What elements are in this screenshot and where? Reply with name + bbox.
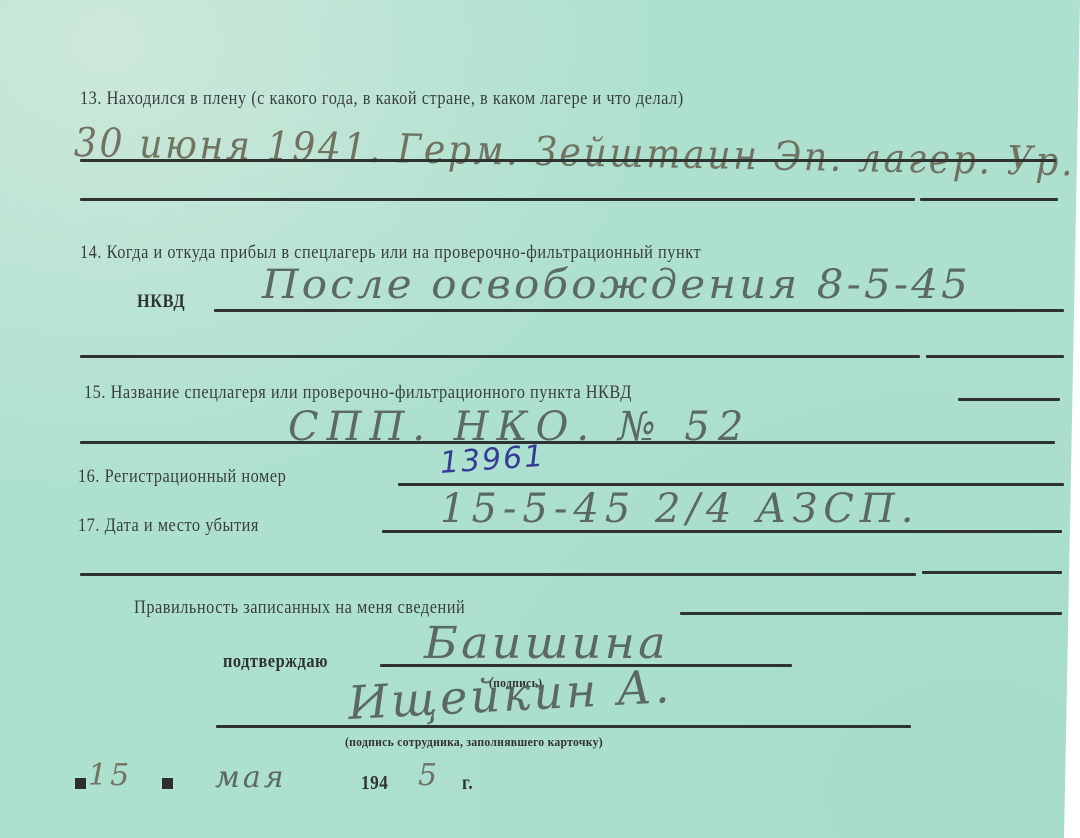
field-17-label: 17. Дата и место убытия <box>78 515 259 537</box>
field-14-value: После освобождения 8-5-45 <box>262 262 971 308</box>
field-17-number: 17. <box>78 515 100 536</box>
confirmation-label-1: Правильность записанных на меня сведений <box>134 597 465 619</box>
field-15-text: Название спецлагеря или проверочно-фильт… <box>111 382 632 403</box>
field-15-line-1 <box>958 398 1060 401</box>
field-16-label: 16. Регистрационный номер <box>78 466 286 488</box>
registration-card: 13. Находился в плену (с какого года, в … <box>0 0 1080 838</box>
field-15-label: 15. Название спецлагеря или проверочно-ф… <box>84 382 632 404</box>
field-13-value: 30 июня 1941. Герм. Зейштаин Эп. лагер. … <box>74 120 1076 185</box>
field-13-number: 13. <box>80 88 102 109</box>
field-17-line-2b <box>922 571 1062 574</box>
date-day: 15 <box>88 758 132 793</box>
date-year-handwritten: 5 <box>418 758 440 793</box>
date-quote-close <box>162 778 173 789</box>
field-17-line-2a <box>80 573 916 576</box>
officer-signature: Ищейкин А. <box>347 659 674 730</box>
field-17-value: 15-5-45 2/4 АЗСП. <box>440 486 920 532</box>
date-year-suffix: г. <box>462 772 473 795</box>
field-16-text: Регистрационный номер <box>105 466 287 487</box>
confirmation-line-1 <box>680 612 1062 615</box>
field-17-text: Дата и место убытия <box>105 515 259 536</box>
field-15-number: 15. <box>84 382 106 403</box>
field-13-line-2a <box>80 198 915 201</box>
officer-signature-caption: (подпись сотрудника, заполнявшего карточ… <box>345 734 603 750</box>
field-14-text: Когда и откуда прибыл в спецлагерь или н… <box>107 242 702 263</box>
field-17-line-1 <box>382 530 1062 533</box>
field-14-line-2a <box>80 355 920 358</box>
field-13-line-1 <box>80 159 1056 162</box>
field-14-label: 14. Когда и откуда прибыл в спецлагерь и… <box>80 242 701 264</box>
field-13-line-2b <box>920 198 1058 201</box>
field-14-line-2b <box>926 355 1064 358</box>
field-14-number: 14. <box>80 242 102 263</box>
field-13-label: 13. Находился в плену (с какого года, в … <box>80 88 684 110</box>
field-15-line-2 <box>80 441 1055 444</box>
date-quote-open <box>75 778 86 789</box>
field-14-line-1 <box>214 309 1064 312</box>
field-16-number: 16. <box>78 466 100 487</box>
officer-signature-line <box>216 725 911 728</box>
confirmation-label-2: подтверждаю <box>223 651 328 673</box>
date-year-printed: 194 <box>361 772 388 795</box>
date-month: мая <box>215 760 287 795</box>
field-16-value: 13961 <box>439 439 547 481</box>
field-13-text: Находился в плену (с какого года, в како… <box>107 88 684 109</box>
field-14-label-cont: НКВД <box>137 291 185 313</box>
